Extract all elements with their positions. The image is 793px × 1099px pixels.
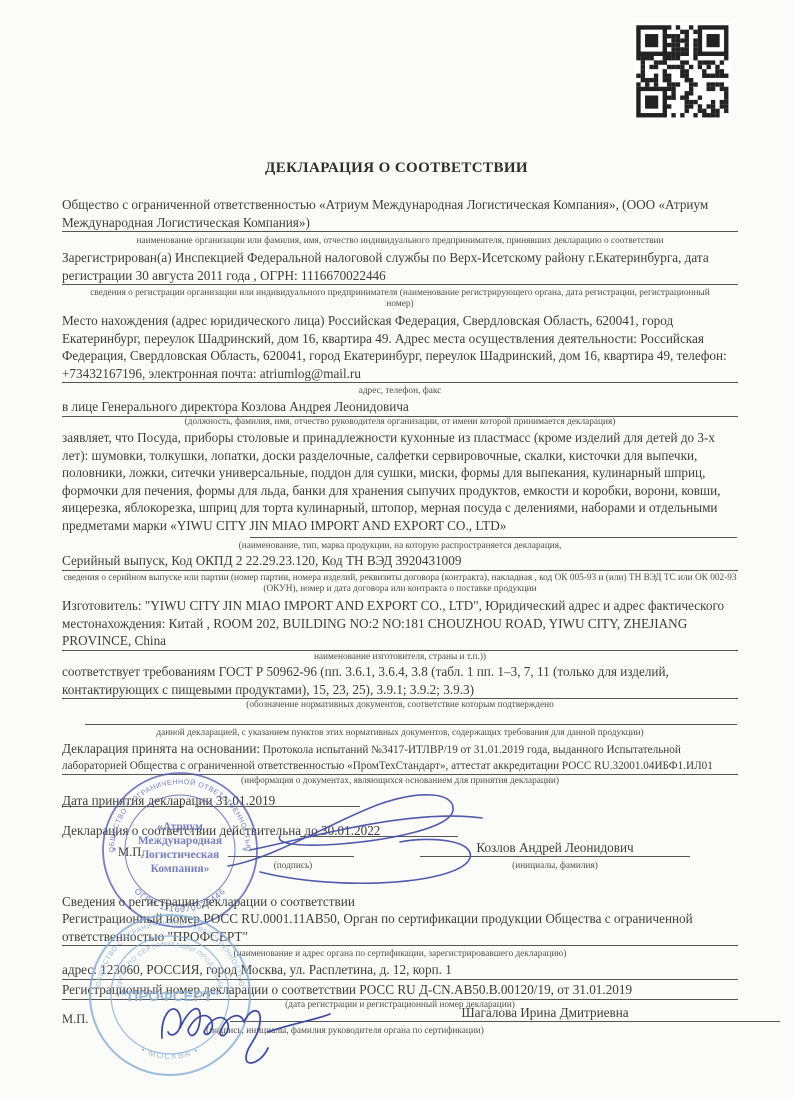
product-underline	[250, 537, 737, 538]
cert-head-sign-line	[230, 1021, 780, 1022]
compliance-line: соответствует требованиям ГОСТ Р 50962-9…	[62, 663, 738, 699]
sign-line-right	[420, 856, 690, 857]
compliance-caption-2: данной декларацией, с указанием пунктов …	[62, 728, 738, 739]
product-caption: (наименование, тип, марка продукции, на …	[62, 541, 738, 552]
signer-caption: (инициалы, фамилия)	[420, 861, 690, 871]
declaration-reg-number: Регистрационный номер декларации о соотв…	[62, 981, 738, 1000]
cert-head-name: Шагалова Ирина Дмитриевна	[410, 1005, 680, 1021]
basis-label: Декларация принята на основании:	[62, 741, 260, 756]
svg-text:• МОСКВА •: • МОСКВА •	[140, 1045, 201, 1062]
registration-heading: Сведения о регистрации декларации о соот…	[62, 893, 738, 911]
declarant-name-caption: наименование организации или фамилия, им…	[62, 236, 738, 247]
profsert-ring-bottom-text: • МОСКВА •	[140, 1045, 201, 1062]
valid-underline	[300, 836, 458, 837]
stamp-center-line4: Компания»	[151, 863, 210, 875]
declarant-registration-caption: сведения о регистрации организации или и…	[90, 288, 710, 311]
product-statement: заявляет, что Посуда, приборы столовые и…	[62, 429, 738, 534]
mp-seal-label-1: М.П.	[118, 845, 144, 860]
certification-body-address: адрес: 123060, РОССИЯ, город Москва, ул.…	[62, 961, 738, 980]
page-title: ДЕКЛАРАЦИЯ О СООТВЕТСТВИИ	[0, 160, 793, 177]
stamp-star-right: *	[242, 846, 247, 856]
qr-code-icon	[630, 22, 734, 120]
manufacturer-line: Изготовитель: "YIWU CITY JIN MIAO IMPORT…	[62, 597, 738, 651]
manufacturer-caption: наименование изготовителя, страны и т.п.…	[62, 652, 738, 663]
basis-caption: (информация о документах, являющихся осн…	[62, 776, 738, 787]
adoption-underline-1	[62, 806, 184, 807]
cert-head-caption: (подпись, инициалы, фамилия руководителя…	[190, 1026, 500, 1036]
serial-line: Серийный выпуск, Код ОКПД 2 22.29.23.120…	[62, 552, 738, 571]
serial-caption: сведения о серийном выпуске или партии (…	[62, 573, 738, 596]
representative-caption: (должность, фамилия, имя, отчество руков…	[62, 417, 738, 428]
certification-body-line: Регистрационный номер РОСС RU.0001.11АВ5…	[62, 910, 738, 946]
declarant-location-caption: адрес, телефон, факс	[62, 386, 738, 397]
declarant-registration: Зарегистрирован(а) Инспекцией Федерально…	[62, 249, 738, 285]
basis-line: Декларация принята на основании: Протоко…	[62, 741, 738, 775]
sign-line-left	[228, 856, 354, 857]
valid-until-label: Декларация о соответствии действительна …	[62, 823, 318, 838]
certification-body-caption: (наименование и адрес органа по сертифик…	[62, 949, 738, 960]
representative-line: в лице Генерального директора Козлова Ан…	[62, 398, 738, 417]
declarant-location: Место нахождения (адрес юридического лиц…	[62, 312, 738, 383]
compliance-caption-1: (обозначение нормативных документов, соо…	[62, 700, 738, 711]
sign-caption: (подпись)	[238, 861, 348, 871]
adoption-underline-2	[195, 806, 360, 807]
declarant-name: Общество с ограниченной ответственностью…	[62, 196, 738, 232]
mp-seal-label-2: М.П.	[62, 1012, 88, 1027]
stamp-ring-top-text: ОБЩЕСТВО С ОГРАНИЧЕННОЙ ОТВЕТСТВЕННОСТЬЮ	[109, 778, 251, 853]
signer-name: Козлов Андрей Леонидович	[420, 840, 690, 856]
stamp-star-left: *	[112, 846, 117, 856]
stamp-center-line3: Логистическая	[141, 849, 220, 861]
empty-field-rule	[85, 724, 737, 725]
declaration-document: ДЕКЛАРАЦИЯ О СООТВЕТСТВИИ Общество с огр…	[0, 0, 793, 1099]
svg-text:ОБЩЕСТВО С ОГРАНИЧЕННОЙ ОТВЕТС: ОБЩЕСТВО С ОГРАНИЧЕННОЙ ОТВЕТСТВЕННОСТЬЮ	[109, 778, 251, 853]
